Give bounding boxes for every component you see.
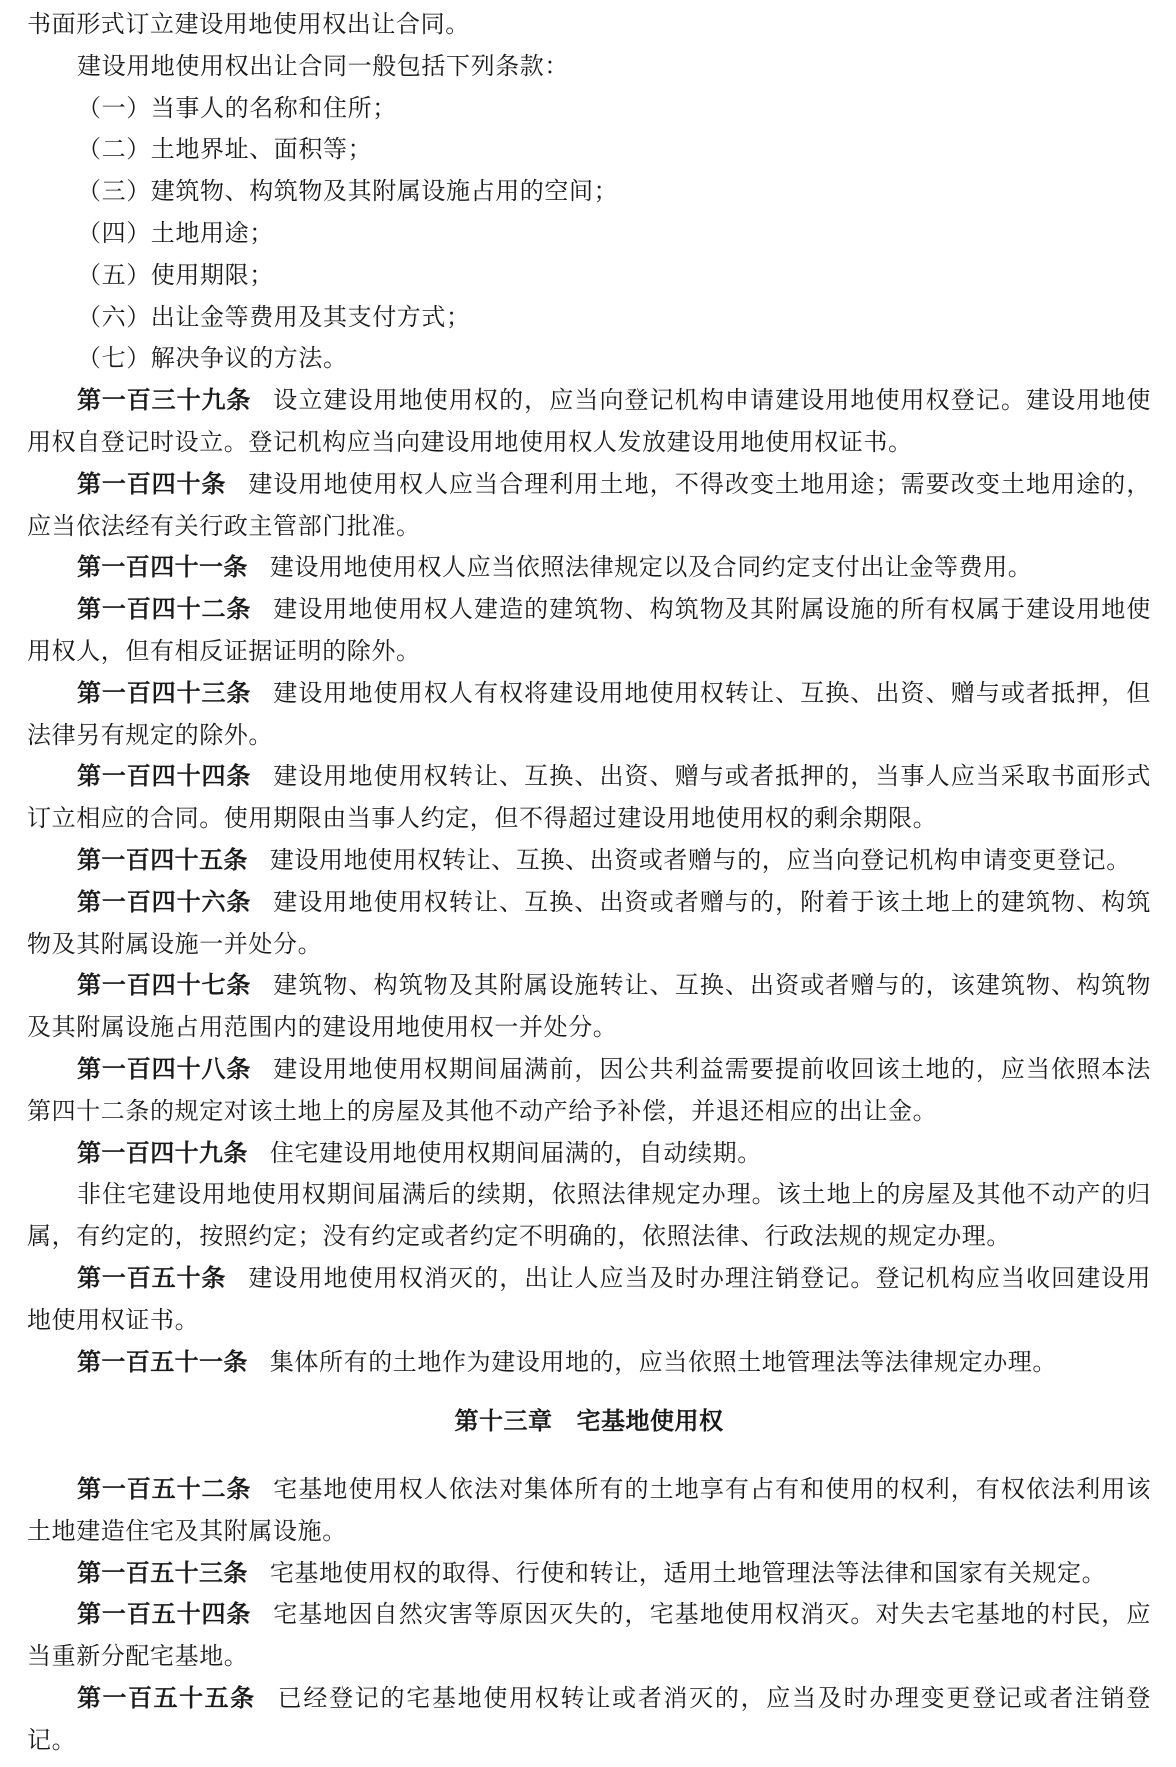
article-number: 第一百五十五条 xyxy=(77,1684,256,1712)
clause-item: （三）建筑物、构筑物及其附属设施占用的空间； xyxy=(27,171,1151,213)
continuation-paragraph: 书面形式订立建设用地使用权出让合同。 xyxy=(27,4,1151,46)
article-number: 第一百五十二条 xyxy=(77,1475,251,1503)
chapter-number: 第十三章 xyxy=(455,1407,553,1435)
article-number: 第一百四十七条 xyxy=(77,971,251,999)
article-number: 第一百四十二条 xyxy=(77,595,251,623)
article-number: 第一百五十一条 xyxy=(77,1348,248,1376)
article-text: 住宅建设用地使用权期间届满的，自动续期。 xyxy=(270,1139,762,1167)
article-146: 第一百四十六条建设用地使用权转让、互换、出资或者赠与的，附着于该土地上的建筑物、… xyxy=(27,882,1151,966)
article-151: 第一百五十一条集体所有的土地作为建设用地的，应当依照土地管理法等法律规定办理。 xyxy=(27,1342,1151,1384)
article-number: 第一百五十三条 xyxy=(77,1559,248,1587)
article-154: 第一百五十四条宅基地因自然灾害等原因灭失的，宅基地使用权消灭。对失去宅基地的村民… xyxy=(27,1594,1151,1678)
article-number: 第一百三十九条 xyxy=(77,386,251,414)
article-number: 第一百四十三条 xyxy=(77,679,251,707)
article-148: 第一百四十八条建设用地使用权期间届满前，因公共利益需要提前收回该土地的，应当依照… xyxy=(27,1049,1151,1133)
article-147: 第一百四十七条建筑物、构筑物及其附属设施转让、互换、出资或者赠与的，该建筑物、构… xyxy=(27,965,1151,1049)
article-140: 第一百四十条建设用地使用权人应当合理利用土地，不得改变土地用途；需要改变土地用途… xyxy=(27,464,1151,548)
article-number: 第一百四十九条 xyxy=(77,1139,248,1167)
clause-item: （一）当事人的名称和住所； xyxy=(27,88,1151,130)
article-number: 第一百四十五条 xyxy=(77,846,248,874)
clause-item: （六）出让金等费用及其支付方式； xyxy=(27,297,1151,339)
chapter-title: 宅基地使用权 xyxy=(577,1407,724,1435)
article-text: 建设用地使用权转让、互换、出资或者赠与的，应当向登记机构申请变更登记。 xyxy=(270,846,1131,874)
article-153: 第一百五十三条宅基地使用权的取得、行使和转让，适用土地管理法等法律和国家有关规定… xyxy=(27,1553,1151,1595)
article-number: 第一百四十四条 xyxy=(77,762,251,790)
article-143: 第一百四十三条建设用地使用权人有权将建设用地使用权转让、互换、出资、赠与或者抵押… xyxy=(27,673,1151,757)
clause-item: （二）土地界址、面积等； xyxy=(27,129,1151,171)
clauses-intro-paragraph: 建设用地使用权出让合同一般包括下列条款： xyxy=(27,46,1151,88)
clause-list: （一）当事人的名称和住所； （二）土地界址、面积等； （三）建筑物、构筑物及其附… xyxy=(27,88,1151,381)
article-text: 宅基地使用权的取得、行使和转让，适用土地管理法等法律和国家有关规定。 xyxy=(270,1559,1106,1587)
article-text: 集体所有的土地作为建设用地的，应当依照土地管理法等法律规定办理。 xyxy=(270,1348,1057,1376)
article-149-paragraph-2: 非住宅建设用地使用权期间届满后的续期，依照法律规定办理。该土地上的房屋及其他不动… xyxy=(27,1174,1151,1258)
article-number: 第一百五十四条 xyxy=(77,1600,251,1628)
article-number: 第一百五十条 xyxy=(77,1264,226,1292)
article-number: 第一百四十一条 xyxy=(77,553,248,581)
article-number: 第一百四十八条 xyxy=(77,1055,251,1083)
clause-item: （四）土地用途； xyxy=(27,213,1151,255)
article-144: 第一百四十四条建设用地使用权转让、互换、出资、赠与或者抵押的，当事人应当采取书面… xyxy=(27,756,1151,840)
article-139: 第一百三十九条设立建设用地使用权的，应当向登记机构申请建设用地使用权登记。建设用… xyxy=(27,380,1151,464)
article-155: 第一百五十五条已经登记的宅基地使用权转让或者消灭的，应当及时办理变更登记或者注销… xyxy=(27,1678,1151,1762)
article-141: 第一百四十一条建设用地使用权人应当依照法律规定以及合同约定支付出让金等费用。 xyxy=(27,547,1151,589)
article-number: 第一百四十六条 xyxy=(77,888,251,916)
clause-item: （五）使用期限； xyxy=(27,255,1151,297)
article-142: 第一百四十二条建设用地使用权人建造的建筑物、构筑物及其附属设施的所有权属于建设用… xyxy=(27,589,1151,673)
article-150: 第一百五十条建设用地使用权消灭的，出让人应当及时办理注销登记。登记机构应当收回建… xyxy=(27,1258,1151,1342)
document-page: 书面形式订立建设用地使用权出让合同。 建设用地使用权出让合同一般包括下列条款： … xyxy=(27,4,1151,1762)
article-149: 第一百四十九条住宅建设用地使用权期间届满的，自动续期。 xyxy=(27,1133,1151,1175)
chapter-heading: 第十三章宅基地使用权 xyxy=(27,1401,1151,1443)
article-145: 第一百四十五条建设用地使用权转让、互换、出资或者赠与的，应当向登记机构申请变更登… xyxy=(27,840,1151,882)
article-text: 建设用地使用权人应当依照法律规定以及合同约定支付出让金等费用。 xyxy=(270,553,1033,581)
article-152: 第一百五十二条宅基地使用权人依法对集体所有的土地享有占有和使用的权利，有权依法利… xyxy=(27,1469,1151,1553)
article-number: 第一百四十条 xyxy=(77,470,226,498)
clause-item: （七）解决争议的方法。 xyxy=(27,338,1151,380)
